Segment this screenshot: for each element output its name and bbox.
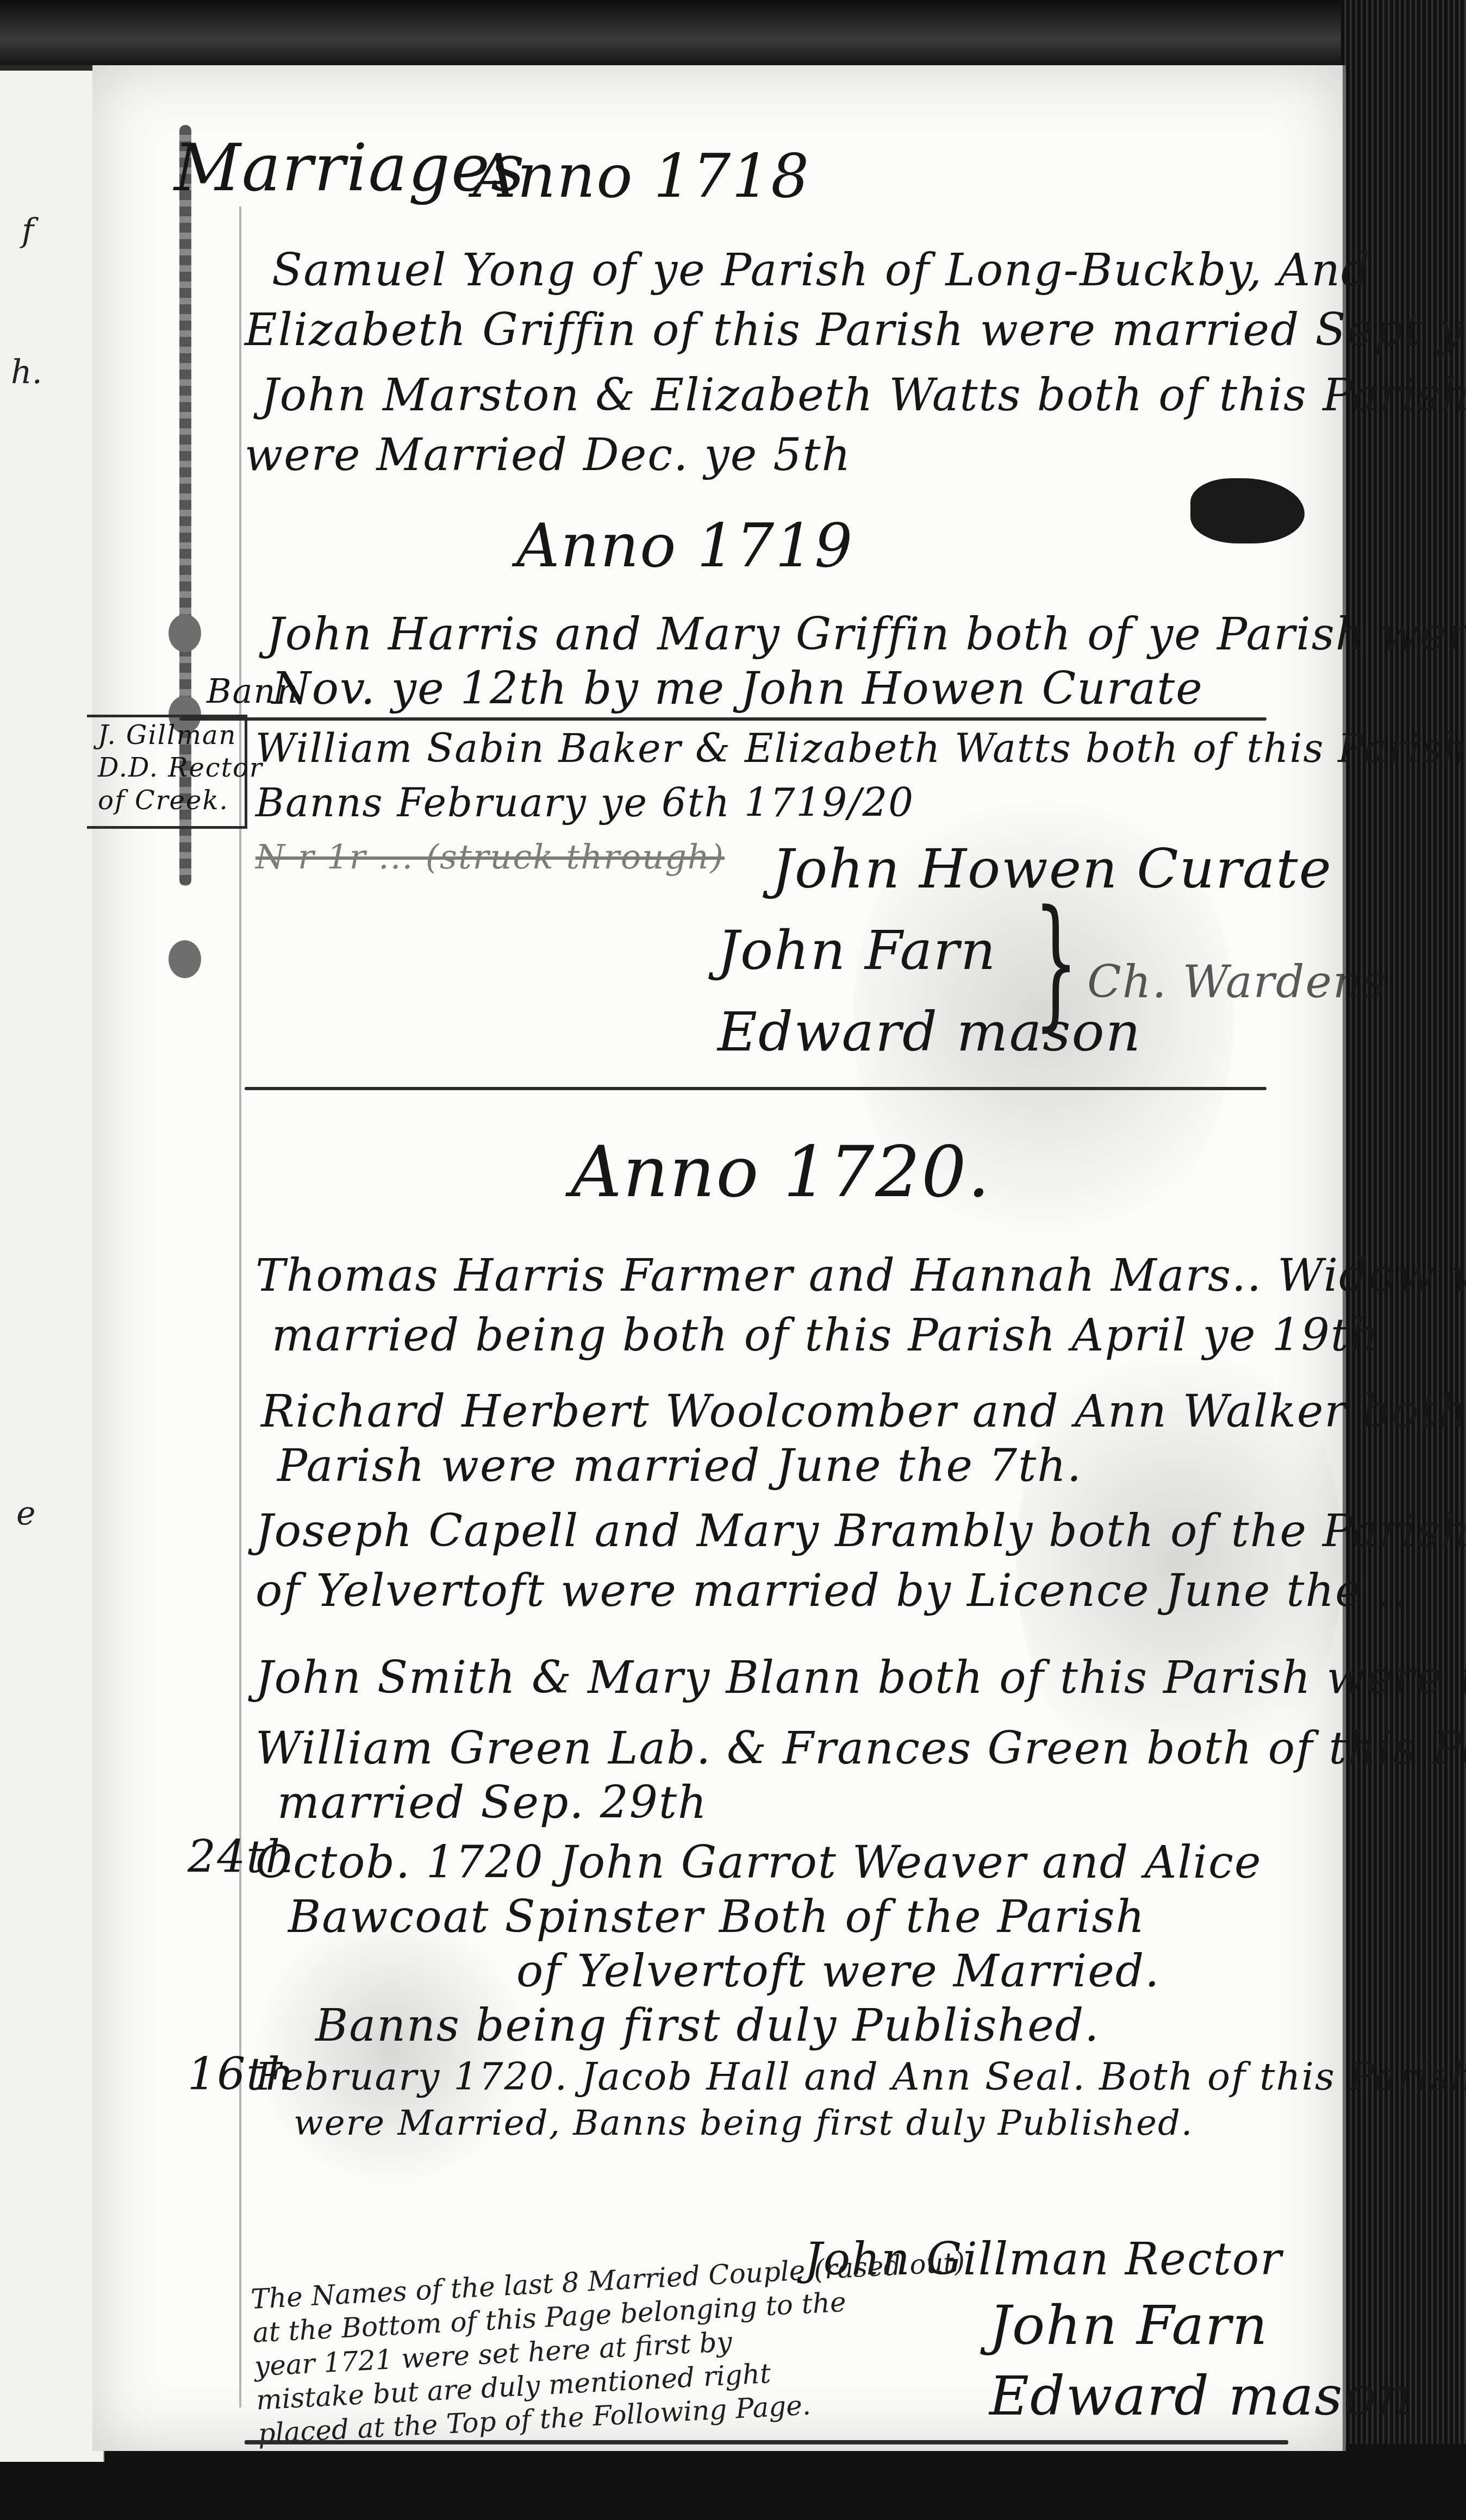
entry-divider: [179, 717, 1267, 721]
margin-note-line: D.D. Rector: [98, 753, 263, 783]
entry-line: Banns being first duly Published.: [315, 2000, 1100, 2052]
facing-page-fragment: f h. e: [0, 71, 104, 2462]
entry-line: Nov. ye 12th by me John Howen Curate: [272, 663, 1203, 715]
entry-line: William Green Lab. & Frances Green both …: [255, 1723, 1466, 1774]
warden-label: Ch. Wardens: [1087, 956, 1387, 1008]
entry-line: Samuel Yong of ye Parish of Long-Buckby,…: [272, 245, 1371, 296]
margin-note-line: of Creek.: [98, 785, 229, 816]
scan-bottom-edge: [0, 2444, 1466, 2520]
entry-line: Elizabeth Griffin of this Parish were ma…: [245, 304, 1466, 356]
footnote: The Names of the last 8 Married Couple (…: [250, 2245, 973, 2450]
entry-line: John Marston & Elizabeth Watts both of t…: [261, 370, 1466, 421]
warden-signature: Edward mason: [989, 2364, 1413, 2428]
entry-line: John Smith & Mary Blann both of this Par…: [255, 1652, 1466, 1704]
entry-line: married being both of this Parish April …: [272, 1310, 1380, 1361]
entry-line: were Married, Banns being first duly Pub…: [294, 2103, 1193, 2143]
book-spine-top: [0, 0, 1466, 65]
year-heading: Anno 1718: [473, 141, 810, 211]
entry-line: were Married Dec. ye 5th: [245, 429, 851, 481]
entry-line: of Yelvertoft were married by Licence Ju…: [255, 1565, 1408, 1617]
entry-line: of Yelvertoft were Married.: [516, 1946, 1160, 1997]
register-page: Marriages Anno 1718 Samuel Yong of ye Pa…: [92, 65, 1346, 2451]
margin-note-line: J. Gillman: [98, 720, 236, 751]
entry-line: Richard Herbert Woolcomber and Ann Walke…: [261, 1386, 1466, 1437]
year-heading: Anno 1719: [516, 511, 853, 580]
entry-line: Parish were married June the 7th.: [277, 1440, 1082, 1492]
facing-page-text: f: [22, 212, 34, 250]
binding-cord: [158, 125, 223, 1158]
entry-line: Octob. 1720 John Garrot Weaver and Alice: [255, 1837, 1262, 1889]
year-heading: Anno 1720.: [571, 1130, 991, 1213]
entry-line: married Sep. 29th: [277, 1777, 708, 1829]
facing-page-text: e: [16, 1495, 36, 1533]
page-bottom-rule: [245, 2440, 1288, 2444]
entry-line: February 1720. Jacob Hall and Ann Seal. …: [255, 2054, 1466, 2099]
ink-blot: [1190, 478, 1305, 543]
warden-signature: John Farn: [718, 918, 996, 982]
crossed-out-text: N r 1r ... (struck through): [255, 837, 725, 877]
entry-line: Bawcoat Spinster Both of the Parish: [288, 1891, 1145, 1943]
entry-line: William Sabin Baker & Elizabeth Watts bo…: [255, 726, 1466, 771]
facing-page-text: h.: [11, 353, 42, 391]
section-divider: [245, 1087, 1267, 1090]
warden-signature: John Farn: [989, 2293, 1268, 2357]
entry-line: John Harris and Mary Griffin both of ye …: [266, 609, 1466, 660]
entry-line: Joseph Capell and Mary Brambly both of t…: [255, 1505, 1466, 1557]
entry-line: Thomas Harris Farmer and Hannah Mars.. W…: [255, 1250, 1466, 1302]
signature-brace: }: [1033, 880, 1078, 1045]
entry-line: Banns February ye 6th 1719/20: [255, 780, 914, 826]
